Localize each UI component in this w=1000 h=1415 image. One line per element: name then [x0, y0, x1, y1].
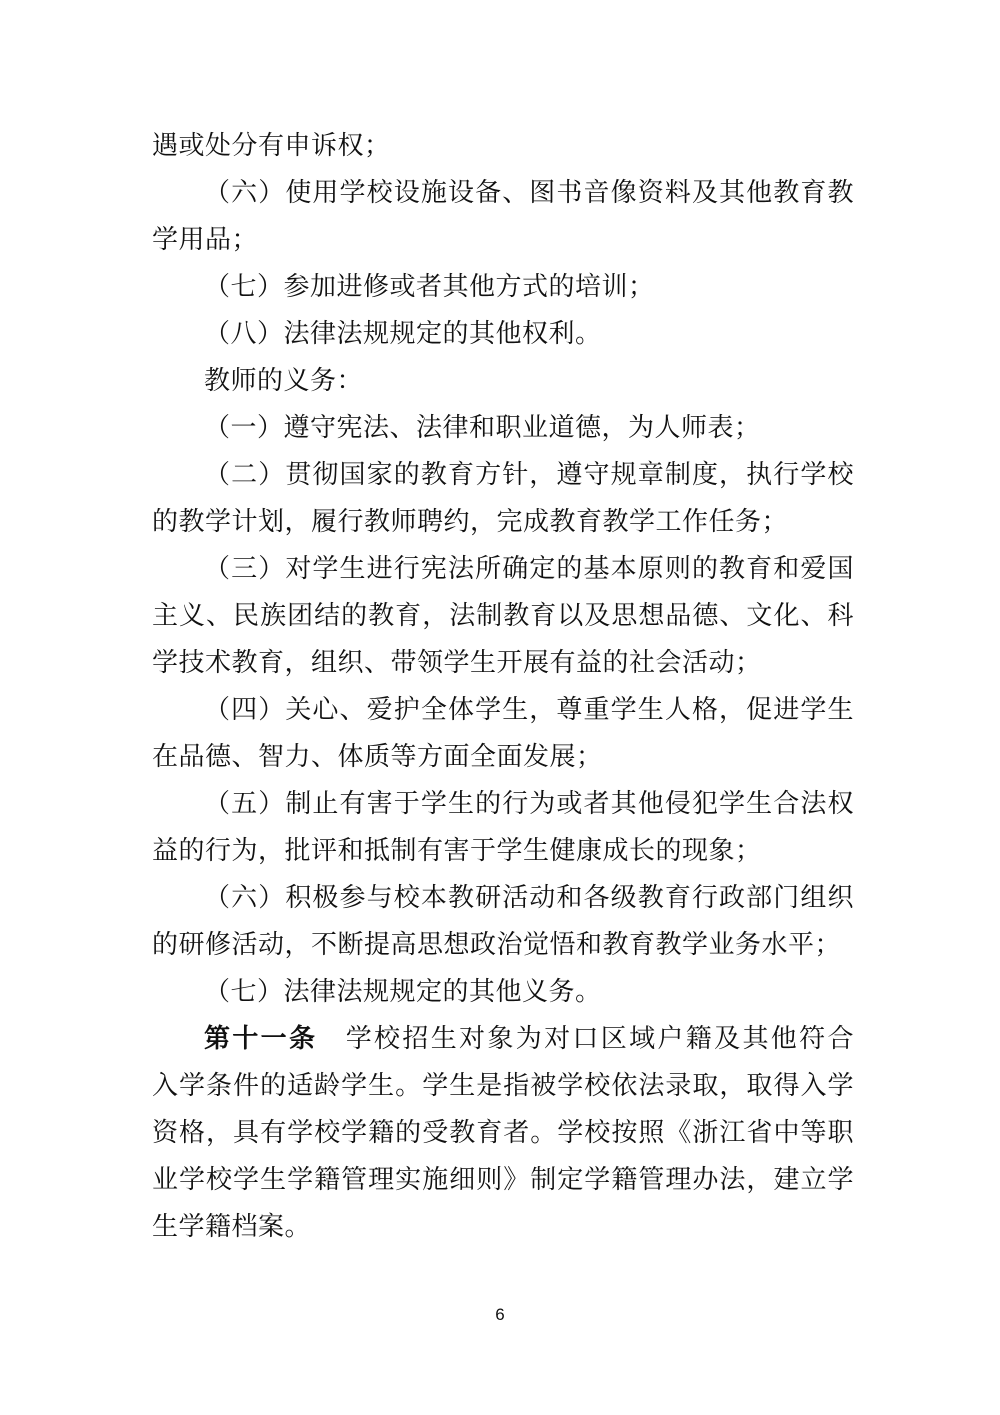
text-line: 学技术教育，组织、带领学生开展有益的社会活动； — [152, 639, 854, 686]
body-text-segment: （三）对学生进行宪法所确定的基本原则的教育和爱国 — [204, 554, 854, 583]
body-text-segment: 教师的义务： — [204, 366, 363, 395]
paragraph: （二）贯彻国家的教育方针，遵守规章制度，执行学校的教学计划，履行教师聘约，完成教… — [152, 451, 854, 545]
text-line: （四）关心、爱护全体学生，尊重学生人格，促进学生 — [152, 686, 854, 733]
page-number: 6 — [0, 1305, 1000, 1325]
text-line: （一）遵守宪法、法律和职业道德，为人师表； — [152, 404, 854, 451]
text-line: 学用品； — [152, 216, 854, 263]
body-text-segment: 生学籍档案。 — [152, 1212, 311, 1241]
paragraph: （七）参加进修或者其他方式的培训； — [152, 263, 854, 310]
paragraph: （七）法律法规规定的其他义务。 — [152, 968, 854, 1015]
body-text-segment: 主义、民族团结的教育，法制教育以及思想品德、文化、科 — [152, 601, 854, 630]
document-page: 遇或处分有申诉权；（六）使用学校设施设备、图书音像资料及其他教育教学用品；（七）… — [0, 0, 1000, 1415]
body-text-segment: （七）参加进修或者其他方式的培训； — [204, 272, 655, 301]
text-line: （七）法律法规规定的其他义务。 — [152, 968, 854, 1015]
body-text-segment: 入学条件的适龄学生。学生是指被学校依法录取，取得入学 — [152, 1071, 854, 1100]
paragraph: 第十一条 学校招生对象为对口区域户籍及其他符合入学条件的适龄学生。学生是指被学校… — [152, 1015, 854, 1250]
body-text-segment: （八）法律法规规定的其他权利。 — [204, 319, 602, 348]
text-line: 生学籍档案。 — [152, 1203, 854, 1250]
text-line: 入学条件的适龄学生。学生是指被学校依法录取，取得入学 — [152, 1062, 854, 1109]
text-line: 益的行为，批评和抵制有害于学生健康成长的现象； — [152, 827, 854, 874]
text-line: （六）使用学校设施设备、图书音像资料及其他教育教 — [152, 169, 854, 216]
body-text-segment: 遇或处分有申诉权； — [152, 131, 391, 160]
body-text-segment: 的教学计划，履行教师聘约，完成教育教学工作任务； — [152, 507, 788, 536]
text-line: （五）制止有害于学生的行为或者其他侵犯学生合法权 — [152, 780, 854, 827]
text-line: 第十一条 学校招生对象为对口区域户籍及其他符合 — [152, 1015, 854, 1062]
body-text-segment: （七）法律法规规定的其他义务。 — [204, 977, 602, 1006]
body-text-segment: 学校招生对象为对口区域户籍及其他符合 — [317, 1024, 854, 1053]
text-line: 主义、民族团结的教育，法制教育以及思想品德、文化、科 — [152, 592, 854, 639]
text-line: 的教学计划，履行教师聘约，完成教育教学工作任务； — [152, 498, 854, 545]
body-text-segment: （一）遵守宪法、法律和职业道德，为人师表； — [204, 413, 761, 442]
paragraph: （六）使用学校设施设备、图书音像资料及其他教育教学用品； — [152, 169, 854, 263]
paragraph: 遇或处分有申诉权； — [152, 122, 854, 169]
body-text-segment: 在品德、智力、体质等方面全面发展； — [152, 742, 603, 771]
text-line: （六）积极参与校本教研活动和各级教育行政部门组织 — [152, 874, 854, 921]
text-line: 的研修活动，不断提高思想政治觉悟和教育教学业务水平； — [152, 921, 854, 968]
body-text-segment: 业学校学生学籍管理实施细则》制定学籍管理办法，建立学 — [152, 1165, 854, 1194]
paragraph: （五）制止有害于学生的行为或者其他侵犯学生合法权益的行为，批评和抵制有害于学生健… — [152, 780, 854, 874]
text-line: 在品德、智力、体质等方面全面发展； — [152, 733, 854, 780]
paragraph: （三）对学生进行宪法所确定的基本原则的教育和爱国主义、民族团结的教育，法制教育以… — [152, 545, 854, 686]
body-text-segment: （六）积极参与校本教研活动和各级教育行政部门组织 — [204, 883, 854, 912]
paragraph: （四）关心、爱护全体学生，尊重学生人格，促进学生在品德、智力、体质等方面全面发展… — [152, 686, 854, 780]
text-line: 遇或处分有申诉权； — [152, 122, 854, 169]
paragraph: （一）遵守宪法、法律和职业道德，为人师表； — [152, 404, 854, 451]
text-line: 教师的义务： — [152, 357, 854, 404]
article-number-bold-text: 第十一条 — [204, 1024, 317, 1053]
body-text-segment: （二）贯彻国家的教育方针，遵守规章制度，执行学校 — [204, 460, 854, 489]
paragraph: （八）法律法规规定的其他权利。 — [152, 310, 854, 357]
paragraph: （六）积极参与校本教研活动和各级教育行政部门组织的研修活动，不断提高思想政治觉悟… — [152, 874, 854, 968]
text-line: （八）法律法规规定的其他权利。 — [152, 310, 854, 357]
document-body: 遇或处分有申诉权；（六）使用学校设施设备、图书音像资料及其他教育教学用品；（七）… — [152, 122, 854, 1250]
body-text-segment: 学技术教育，组织、带领学生开展有益的社会活动； — [152, 648, 762, 677]
body-text-segment: 资格，具有学校学籍的受教育者。学校按照《浙江省中等职 — [152, 1118, 854, 1147]
text-line: （七）参加进修或者其他方式的培训； — [152, 263, 854, 310]
body-text-segment: 学用品； — [152, 225, 258, 254]
text-line: 业学校学生学籍管理实施细则》制定学籍管理办法，建立学 — [152, 1156, 854, 1203]
body-text-segment: （四）关心、爱护全体学生，尊重学生人格，促进学生 — [204, 695, 854, 724]
body-text-segment: （六）使用学校设施设备、图书音像资料及其他教育教 — [204, 178, 854, 207]
body-text-segment: 益的行为，批评和抵制有害于学生健康成长的现象； — [152, 836, 762, 865]
paragraph: 教师的义务： — [152, 357, 854, 404]
body-text-segment: （五）制止有害于学生的行为或者其他侵犯学生合法权 — [204, 789, 854, 818]
text-line: （三）对学生进行宪法所确定的基本原则的教育和爱国 — [152, 545, 854, 592]
body-text-segment: 的研修活动，不断提高思想政治觉悟和教育教学业务水平； — [152, 930, 841, 959]
text-line: 资格，具有学校学籍的受教育者。学校按照《浙江省中等职 — [152, 1109, 854, 1156]
text-line: （二）贯彻国家的教育方针，遵守规章制度，执行学校 — [152, 451, 854, 498]
